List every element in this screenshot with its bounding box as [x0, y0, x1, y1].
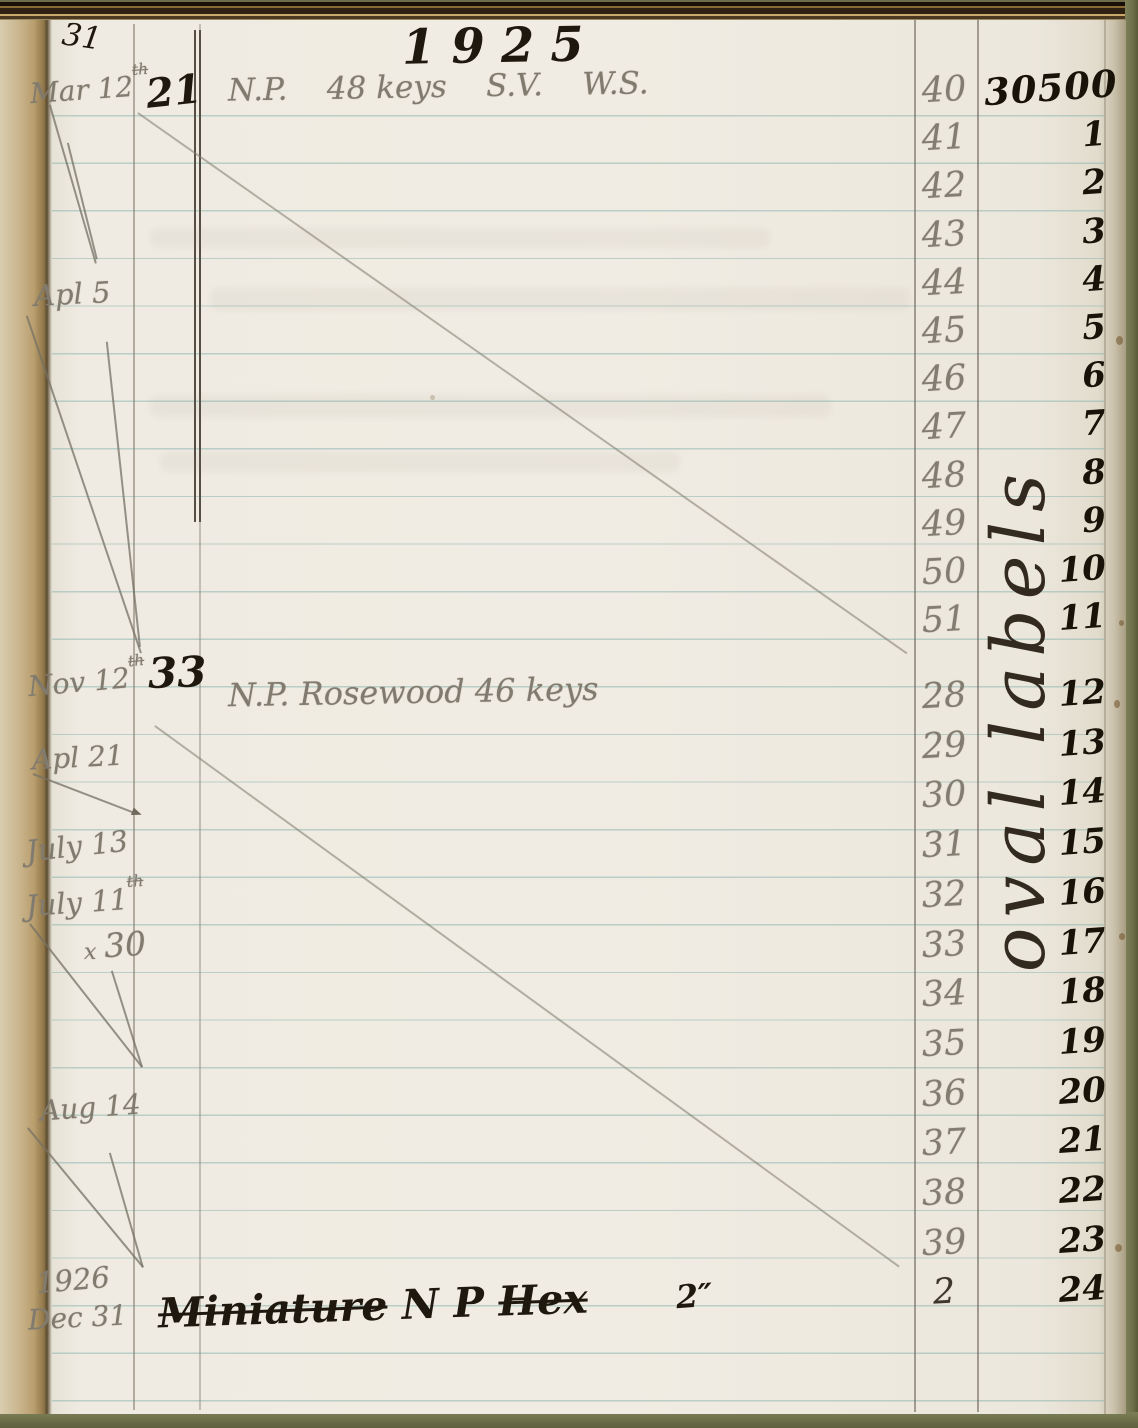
scanned-ledger-photo: { "page": { "year": "1925" }, "margin": …: [0, 0, 1138, 1428]
ghost-text-smudge: [160, 452, 680, 472]
date-entry: Apl 5: [33, 278, 111, 311]
mat-border-bottom: [0, 1412, 1138, 1428]
margin-top-note: 31: [60, 19, 103, 55]
serial-number: 45: [911, 309, 977, 352]
date-suffix: th: [127, 651, 145, 670]
date-text: Apl 5: [33, 275, 111, 313]
ghost-text-smudge: [150, 228, 770, 248]
entry-word: Miniature: [157, 1282, 388, 1338]
serial-number: 50: [911, 550, 977, 593]
date-text: July 11: [25, 882, 129, 923]
entry-ref: 21: [144, 69, 204, 115]
ghost-text-smudge: [210, 288, 910, 310]
serial-number: 41: [911, 117, 977, 160]
column-line-margin: [133, 24, 135, 1410]
cross-mark: x: [84, 940, 96, 965]
serial-number: 46: [911, 358, 977, 401]
serial-number: 2: [911, 1271, 977, 1314]
serial-number: 34: [911, 973, 977, 1016]
date-text: 30: [103, 924, 148, 966]
serial-number: 32: [911, 873, 977, 916]
serial-number: 47: [911, 406, 977, 449]
mat-border-right: [1125, 0, 1138, 1428]
date-text: Apl 21: [31, 739, 124, 777]
date-text: Aug 14: [39, 1088, 142, 1128]
serial-number: 39: [911, 1221, 977, 1264]
ghost-text-smudge: [150, 395, 830, 417]
serial-number: 38: [911, 1171, 977, 1214]
foxing-speck: [1116, 336, 1123, 345]
serial-number: 42: [911, 165, 977, 208]
serial-number: 48: [911, 454, 977, 497]
serial-number: 35: [911, 1022, 977, 1065]
foxing-speck: [430, 395, 435, 400]
date-entry: 1926: [35, 1263, 111, 1298]
serial-number: 29: [911, 724, 977, 767]
date-text: 1926: [35, 1260, 111, 1300]
serial-number: 43: [911, 213, 977, 256]
entry-description: N.P. Rosewood 46 keys: [228, 673, 599, 711]
count-number: 30500: [983, 62, 1108, 114]
year-heading: 1925: [402, 20, 600, 71]
foxing-speck: [1119, 620, 1124, 626]
foxing-speck: [1119, 933, 1125, 940]
serial-number: 44: [911, 261, 977, 304]
foxing-speck: [1115, 1244, 1122, 1252]
serial-number: 40: [911, 68, 977, 111]
date-entry: Aug 14: [39, 1091, 141, 1126]
entry-word: N P: [386, 1278, 499, 1330]
serial-number: 36: [911, 1072, 977, 1115]
entry-quantity: 2″: [675, 1279, 714, 1313]
date-text: Dec 31: [27, 1298, 128, 1336]
entry-ref: 33: [147, 651, 207, 695]
vertical-note: oval labels: [982, 218, 1074, 1218]
serial-number: 51: [911, 599, 977, 642]
date-entry: 30: [103, 927, 147, 963]
serial-number: 30: [911, 774, 977, 817]
date-suffix: th: [126, 871, 144, 891]
date-entry: July 11th: [25, 884, 145, 921]
date-entry: Mar 12th: [29, 72, 150, 108]
entry-word: Hex: [498, 1275, 589, 1326]
serial-number: 37: [911, 1122, 977, 1165]
count-number: 23: [983, 1218, 1107, 1266]
serial-number: 33: [911, 923, 977, 966]
date-entry: Apl 21: [31, 742, 124, 775]
date-entry: x: [84, 942, 96, 964]
entry-description: N.P. 48 keys S.V. W.S.: [228, 68, 649, 106]
date-entry: Dec 31: [27, 1301, 128, 1334]
serial-number: 28: [911, 674, 977, 717]
serial-number: 31: [911, 823, 977, 866]
foxing-speck: [1114, 700, 1120, 708]
serial-number: 49: [911, 502, 977, 545]
